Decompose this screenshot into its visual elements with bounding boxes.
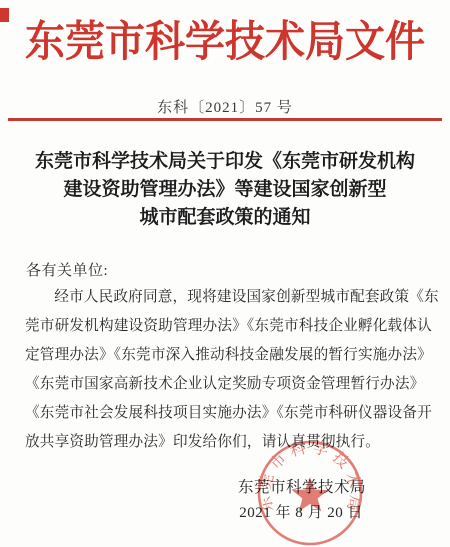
body-line: 定管理办法》《东莞市深入推动科技金融发展的暂行实施办法》 xyxy=(25,341,432,370)
body-line: 莞市研发机构建设资助管理办法》《东莞市科技企业孵化载体认 xyxy=(25,312,432,341)
body-line: 《东莞市社会发展科技项目实施办法》《东莞市科研仪器设备开 xyxy=(25,399,432,428)
body-line: 《东莞市国家高新技术企业认定奖励专项资金管理暂行办法》 xyxy=(25,370,432,399)
document-title-line: 东莞市科学技术局关于印发《东莞市研发机构 xyxy=(10,148,440,176)
document-page: 东莞市科学技术局文件 东科〔2021〕57 号 东莞市科学技术局关于印发《东莞市… xyxy=(0,0,450,547)
red-divider-rule xyxy=(8,118,442,121)
body-line: 放共享资助管理办法》印发给你们，请认真贯彻执行。 xyxy=(25,428,432,457)
document-title-line: 城市配套政策的通知 xyxy=(10,204,440,232)
document-header-title: 东莞市科学技术局文件 xyxy=(0,16,450,69)
signature-date: 2021 年 8 月 20 日 xyxy=(239,501,363,522)
body-paragraph: 经市人民政府同意，现将建设国家创新型城市配套政策《东莞市研发机构建设资助管理办法… xyxy=(25,283,432,457)
document-title-line: 建设资助管理办法》等建设国家创新型 xyxy=(10,176,440,204)
signature-organization: 东莞市科学技术局 xyxy=(238,475,366,497)
document-title: 东莞市科学技术局关于印发《东莞市研发机构建设资助管理办法》等建设国家创新型城市配… xyxy=(10,148,440,232)
body-line: 经市人民政府同意，现将建设国家创新型城市配套政策《东 xyxy=(25,283,432,312)
document-number: 东科〔2021〕57 号 xyxy=(0,96,450,117)
salutation: 各有关单位: xyxy=(26,259,108,280)
